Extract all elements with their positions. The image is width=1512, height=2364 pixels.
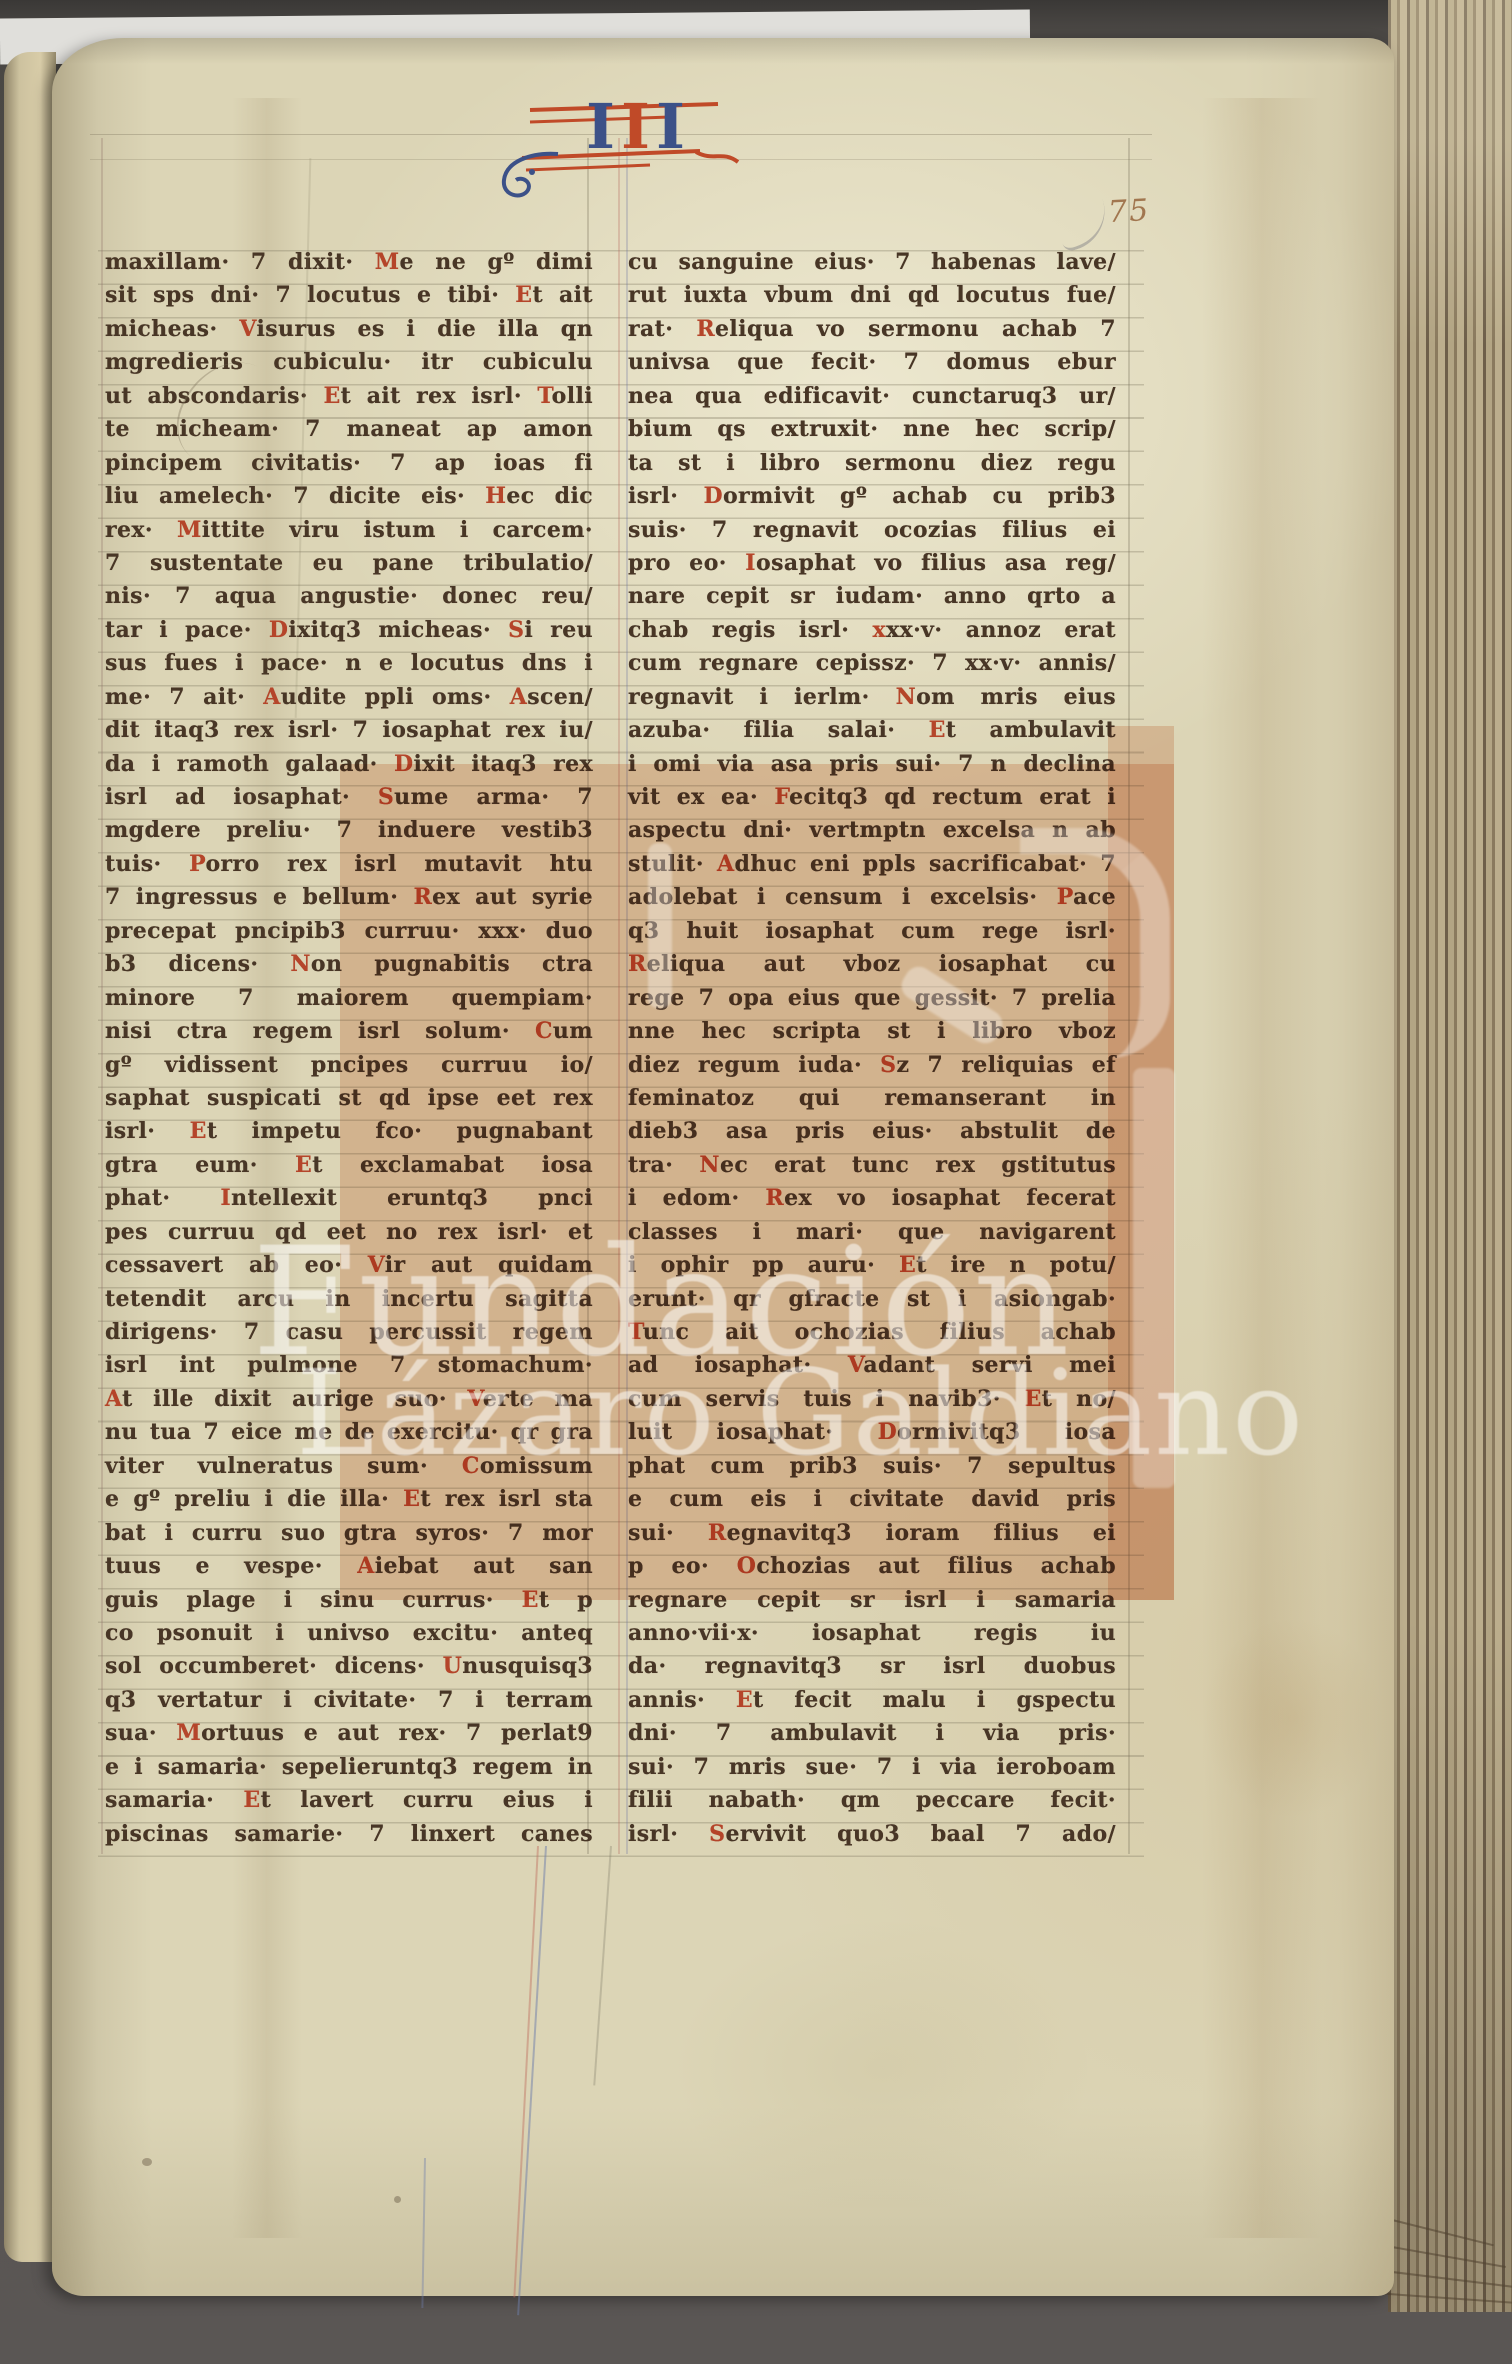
manuscript-line: nis· 7 aqua angustie· donec reu∕	[105, 580, 593, 613]
manuscript-line: minore 7 maiorem quempiam·	[105, 982, 593, 1015]
manuscript-page: III 75 maxillam· 7 dixit· Me ne gº dimis…	[52, 38, 1394, 2296]
running-title: III	[470, 88, 770, 208]
manuscript-line: nisi ctra regem isrl solum· Cum	[105, 1015, 593, 1048]
manuscript-line: rat· Reliqua vo sermonu achab 7	[628, 313, 1116, 346]
manuscript-line: anno·vii·x· iosaphat regis iu	[628, 1617, 1116, 1650]
manuscript-line: feminatoz qui remanserant in	[628, 1082, 1116, 1115]
running-title-char: I	[586, 90, 621, 163]
manuscript-line: tuis· Porro rex isrl mutavit htu	[105, 848, 593, 881]
manuscript-line: azuba· filia salai· Et ambulavit	[628, 714, 1116, 747]
manuscript-line: bium qs extruxit· nne hec scrip∕	[628, 413, 1116, 446]
manuscript-line: dieb3 asa pris eius· abstulit de	[628, 1115, 1116, 1148]
manuscript-line: nea qua edificavit· cunctaruq3 ur∕	[628, 380, 1116, 413]
manuscript-line: ta st i libro sermonu diez regu	[628, 447, 1116, 480]
manuscript-line: te micheam· 7 maneat ap amon	[105, 413, 593, 446]
manuscript-line: tar i pace· Dixitq3 micheas· Si reu	[105, 614, 593, 647]
manuscript-line: i ophir pp auru· Et ire n potu∕	[628, 1249, 1116, 1282]
manuscript-line: isrl int pulmone 7 stomachum·	[105, 1349, 593, 1382]
running-title-char: I	[656, 90, 691, 163]
manuscript-line: bat i curru suo gtra syros· 7 mor	[105, 1517, 593, 1550]
manuscript-line: cum servis tuis i navib3· Et no∕	[628, 1383, 1116, 1416]
manuscript-line: nu tua 7 eice me de exercitu· qr gra	[105, 1416, 593, 1449]
manuscript-line: viter vulneratus sum· Comissum	[105, 1450, 593, 1483]
manuscript-photo: III 75 maxillam· 7 dixit· Me ne gº dimis…	[0, 0, 1512, 2364]
manuscript-line: regnavit i ierlm· Nom mris eius	[628, 681, 1116, 714]
page-edge-stack	[1388, 0, 1512, 2312]
manuscript-line: isrl· Servivit quo3 baal 7 ado∕	[628, 1818, 1116, 1851]
gutter-ruling-blue-lower	[421, 2158, 426, 2308]
manuscript-line: mgredieris cubiculu· itr cubiculu	[105, 346, 593, 379]
manuscript-line: classes i mari· que navigarent	[628, 1216, 1116, 1249]
manuscript-line: vit ex ea· Fecitq3 qd rectum erat i	[628, 781, 1116, 814]
manuscript-line: gtra eum· Et exclamabat iosa	[105, 1149, 593, 1182]
running-title-numeral: III	[586, 96, 691, 158]
manuscript-line: isrl· Et impetu fco· pugnabant	[105, 1115, 593, 1148]
manuscript-line: pro eo· Iosaphat vo filius asa reg∕	[628, 547, 1116, 580]
manuscript-line: ad iosaphat· Vadant servi mei	[628, 1349, 1116, 1382]
manuscript-line: b3 dicens· Non pugnabitis ctra	[105, 948, 593, 981]
manuscript-line: samaria· Et lavert curru eius i	[105, 1784, 593, 1817]
manuscript-line: Tunc ait ochozias filius achab	[628, 1316, 1116, 1349]
manuscript-line: precepat pncipib3 curruu· xxx· duo	[105, 915, 593, 948]
manuscript-line: filii nabath· qm peccare fecit·	[628, 1784, 1116, 1817]
manuscript-line: suis· 7 regnavit ocozias filius ei	[628, 514, 1116, 547]
manuscript-line: nne hec scripta st i libro vboz	[628, 1015, 1116, 1048]
manuscript-line: maxillam· 7 dixit· Me ne gº dimi	[105, 246, 593, 279]
manuscript-line: 7 ingressus e bellum· Rex aut syrie	[105, 881, 593, 914]
manuscript-line: dni· 7 ambulavit i via pris·	[628, 1717, 1116, 1750]
manuscript-line: p eo· Ochozias aut filius achab	[628, 1550, 1116, 1583]
manuscript-line: me· 7 ait· Audite ppli oms· Ascen∕	[105, 681, 593, 714]
manuscript-line: isrl· Dormivit gº achab cu prib3	[628, 480, 1116, 513]
manuscript-line: cum regnare cepissz· 7 xx·v· annis∕	[628, 647, 1116, 680]
gutter-ruling-red	[513, 1846, 539, 2297]
manuscript-line: da· regnavitq3 sr isrl duobus	[628, 1650, 1116, 1683]
manuscript-line: co psonuit i univso excitu· anteq	[105, 1617, 593, 1650]
manuscript-line: i edom· Rex vo iosaphat fecerat	[628, 1182, 1116, 1215]
manuscript-line: da i ramoth galaad· Dixit itaq3 rex	[105, 748, 593, 781]
manuscript-line: pincipem civitatis· 7 ap ioas fi	[105, 447, 593, 480]
folio-flourish	[1053, 199, 1115, 253]
ruled-line-vertical	[618, 138, 620, 1854]
manuscript-line: phat· Intellexit eruntq3 pnci	[105, 1182, 593, 1215]
manuscript-line: rex· Mittite viru istum i carcem·	[105, 514, 593, 547]
speck	[394, 2196, 401, 2203]
manuscript-line: erunt· qr gfracte st i asiongab·	[628, 1283, 1116, 1316]
manuscript-line: regnare cepit sr isrl i samaria	[628, 1584, 1116, 1617]
manuscript-line: q3 huit iosaphat cum rege isrl·	[628, 915, 1116, 948]
manuscript-line: pes curruu qd eet no rex isrl· et	[105, 1216, 593, 1249]
parchment-shading	[1202, 98, 1322, 2238]
manuscript-line: sui· 7 mris sue· 7 i via ieroboam	[628, 1751, 1116, 1784]
manuscript-line: tetendit arcu in incertu sagitta	[105, 1283, 593, 1316]
manuscript-line: i omi via asa pris sui· 7 n declina	[628, 748, 1116, 781]
manuscript-line: phat cum prib3 suis· 7 sepultus	[628, 1450, 1116, 1483]
manuscript-line: saphat suspicati st qd ipse eet rex	[105, 1082, 593, 1115]
manuscript-line: tra· Nec erat tunc rex gstitutus	[628, 1149, 1116, 1182]
manuscript-line: stulit· Adhuc eni ppls sacrificabat· 7	[628, 848, 1116, 881]
manuscript-line: sol occumberet· dicens· Unusquisq3	[105, 1650, 593, 1683]
manuscript-line: q3 vertatur i civitate· 7 i terram	[105, 1684, 593, 1717]
folio-number: 75	[1107, 193, 1151, 230]
speck	[142, 2158, 152, 2166]
gutter-ruling-blue	[517, 1846, 547, 2315]
text-column-left: maxillam· 7 dixit· Me ne gº dimisit sps …	[105, 246, 593, 1851]
manuscript-line: micheas· Visurus es i die illa qn	[105, 313, 593, 346]
manuscript-line: 7 sustentate eu pane tribulatio∕	[105, 547, 593, 580]
manuscript-line: tuus e vespe· Aiebat aut san	[105, 1550, 593, 1583]
ruled-line-vertical	[101, 138, 103, 1854]
manuscript-line: piscinas samarie· 7 linxert canes	[105, 1818, 593, 1851]
manuscript-line: cu sanguine eius· 7 habenas lave∕	[628, 246, 1116, 279]
manuscript-line: Reliqua aut vboz iosaphat cu	[628, 948, 1116, 981]
manuscript-line: adolebat i censum i excelsis· Pace	[628, 881, 1116, 914]
manuscript-line: dit itaq3 rex isrl· 7 iosaphat rex iu∕	[105, 714, 593, 747]
manuscript-line: annis· Et fecit malu i gspectu	[628, 1684, 1116, 1717]
manuscript-line: luit iosaphat· Dormivitq3 iosa	[628, 1416, 1116, 1449]
running-title-char: I	[621, 90, 656, 163]
page-stack-shading	[1388, 0, 1512, 2312]
manuscript-line: At ille dixit aurige suo· Verte ma	[105, 1383, 593, 1416]
manuscript-line: diez regum iuda· Sz 7 reliquias ef	[628, 1049, 1116, 1082]
ruled-line-vertical	[1128, 138, 1130, 1854]
manuscript-line: aspectu dni· vertmptn excelsa n ab	[628, 814, 1116, 847]
manuscript-line: univsa que fecit· 7 domus ebur	[628, 346, 1116, 379]
manuscript-line: mgdere preliu· 7 induere vestib3	[105, 814, 593, 847]
manuscript-line: cessavert ab eo· Vir aut quidam	[105, 1249, 593, 1282]
manuscript-line: chab regis isrl· xxx·v· annoz erat	[628, 614, 1116, 647]
gutter-ruling-gray	[593, 1846, 612, 2086]
manuscript-line: isrl ad iosaphat· Sume arma· 7	[105, 781, 593, 814]
manuscript-line: guis plage i sinu currus· Et p	[105, 1584, 593, 1617]
manuscript-line: gº vidissent pncipes curruu io∕	[105, 1049, 593, 1082]
manuscript-line: sua· Mortuus e aut rex· 7 perlat9	[105, 1717, 593, 1750]
manuscript-line: sus fues i pace· n e locutus dns i	[105, 647, 593, 680]
manuscript-line: nare cepit sr iudam· anno qrto a	[628, 580, 1116, 613]
previous-page-edge	[4, 52, 56, 2262]
manuscript-line: e gº preliu i die illa· Et rex isrl sta	[105, 1483, 593, 1516]
manuscript-line: rege 7 opa eius que gessit· 7 prelia	[628, 982, 1116, 1015]
manuscript-line: sui· Regnavitq3 ioram filius ei	[628, 1517, 1116, 1550]
manuscript-line: sit sps dni· 7 locutus e tibi· Et ait	[105, 279, 593, 312]
stain	[1202, 1618, 1382, 1818]
manuscript-line: rut iuxta vbum dni qd locutus fue∕	[628, 279, 1116, 312]
manuscript-line: e i samaria· sepelieruntq3 regem in	[105, 1751, 593, 1784]
manuscript-line: liu amelech· 7 dicite eis· Hec dic	[105, 480, 593, 513]
stain	[672, 1918, 1092, 2218]
manuscript-line: e cum eis i civitate david pris	[628, 1483, 1116, 1516]
manuscript-line: dirigens· 7 casu percussit regem	[105, 1316, 593, 1349]
text-column-right: cu sanguine eius· 7 habenas lave∕rut iux…	[628, 246, 1116, 1851]
manuscript-line: ut abscondaris· Et ait rex isrl· Tolli	[105, 380, 593, 413]
